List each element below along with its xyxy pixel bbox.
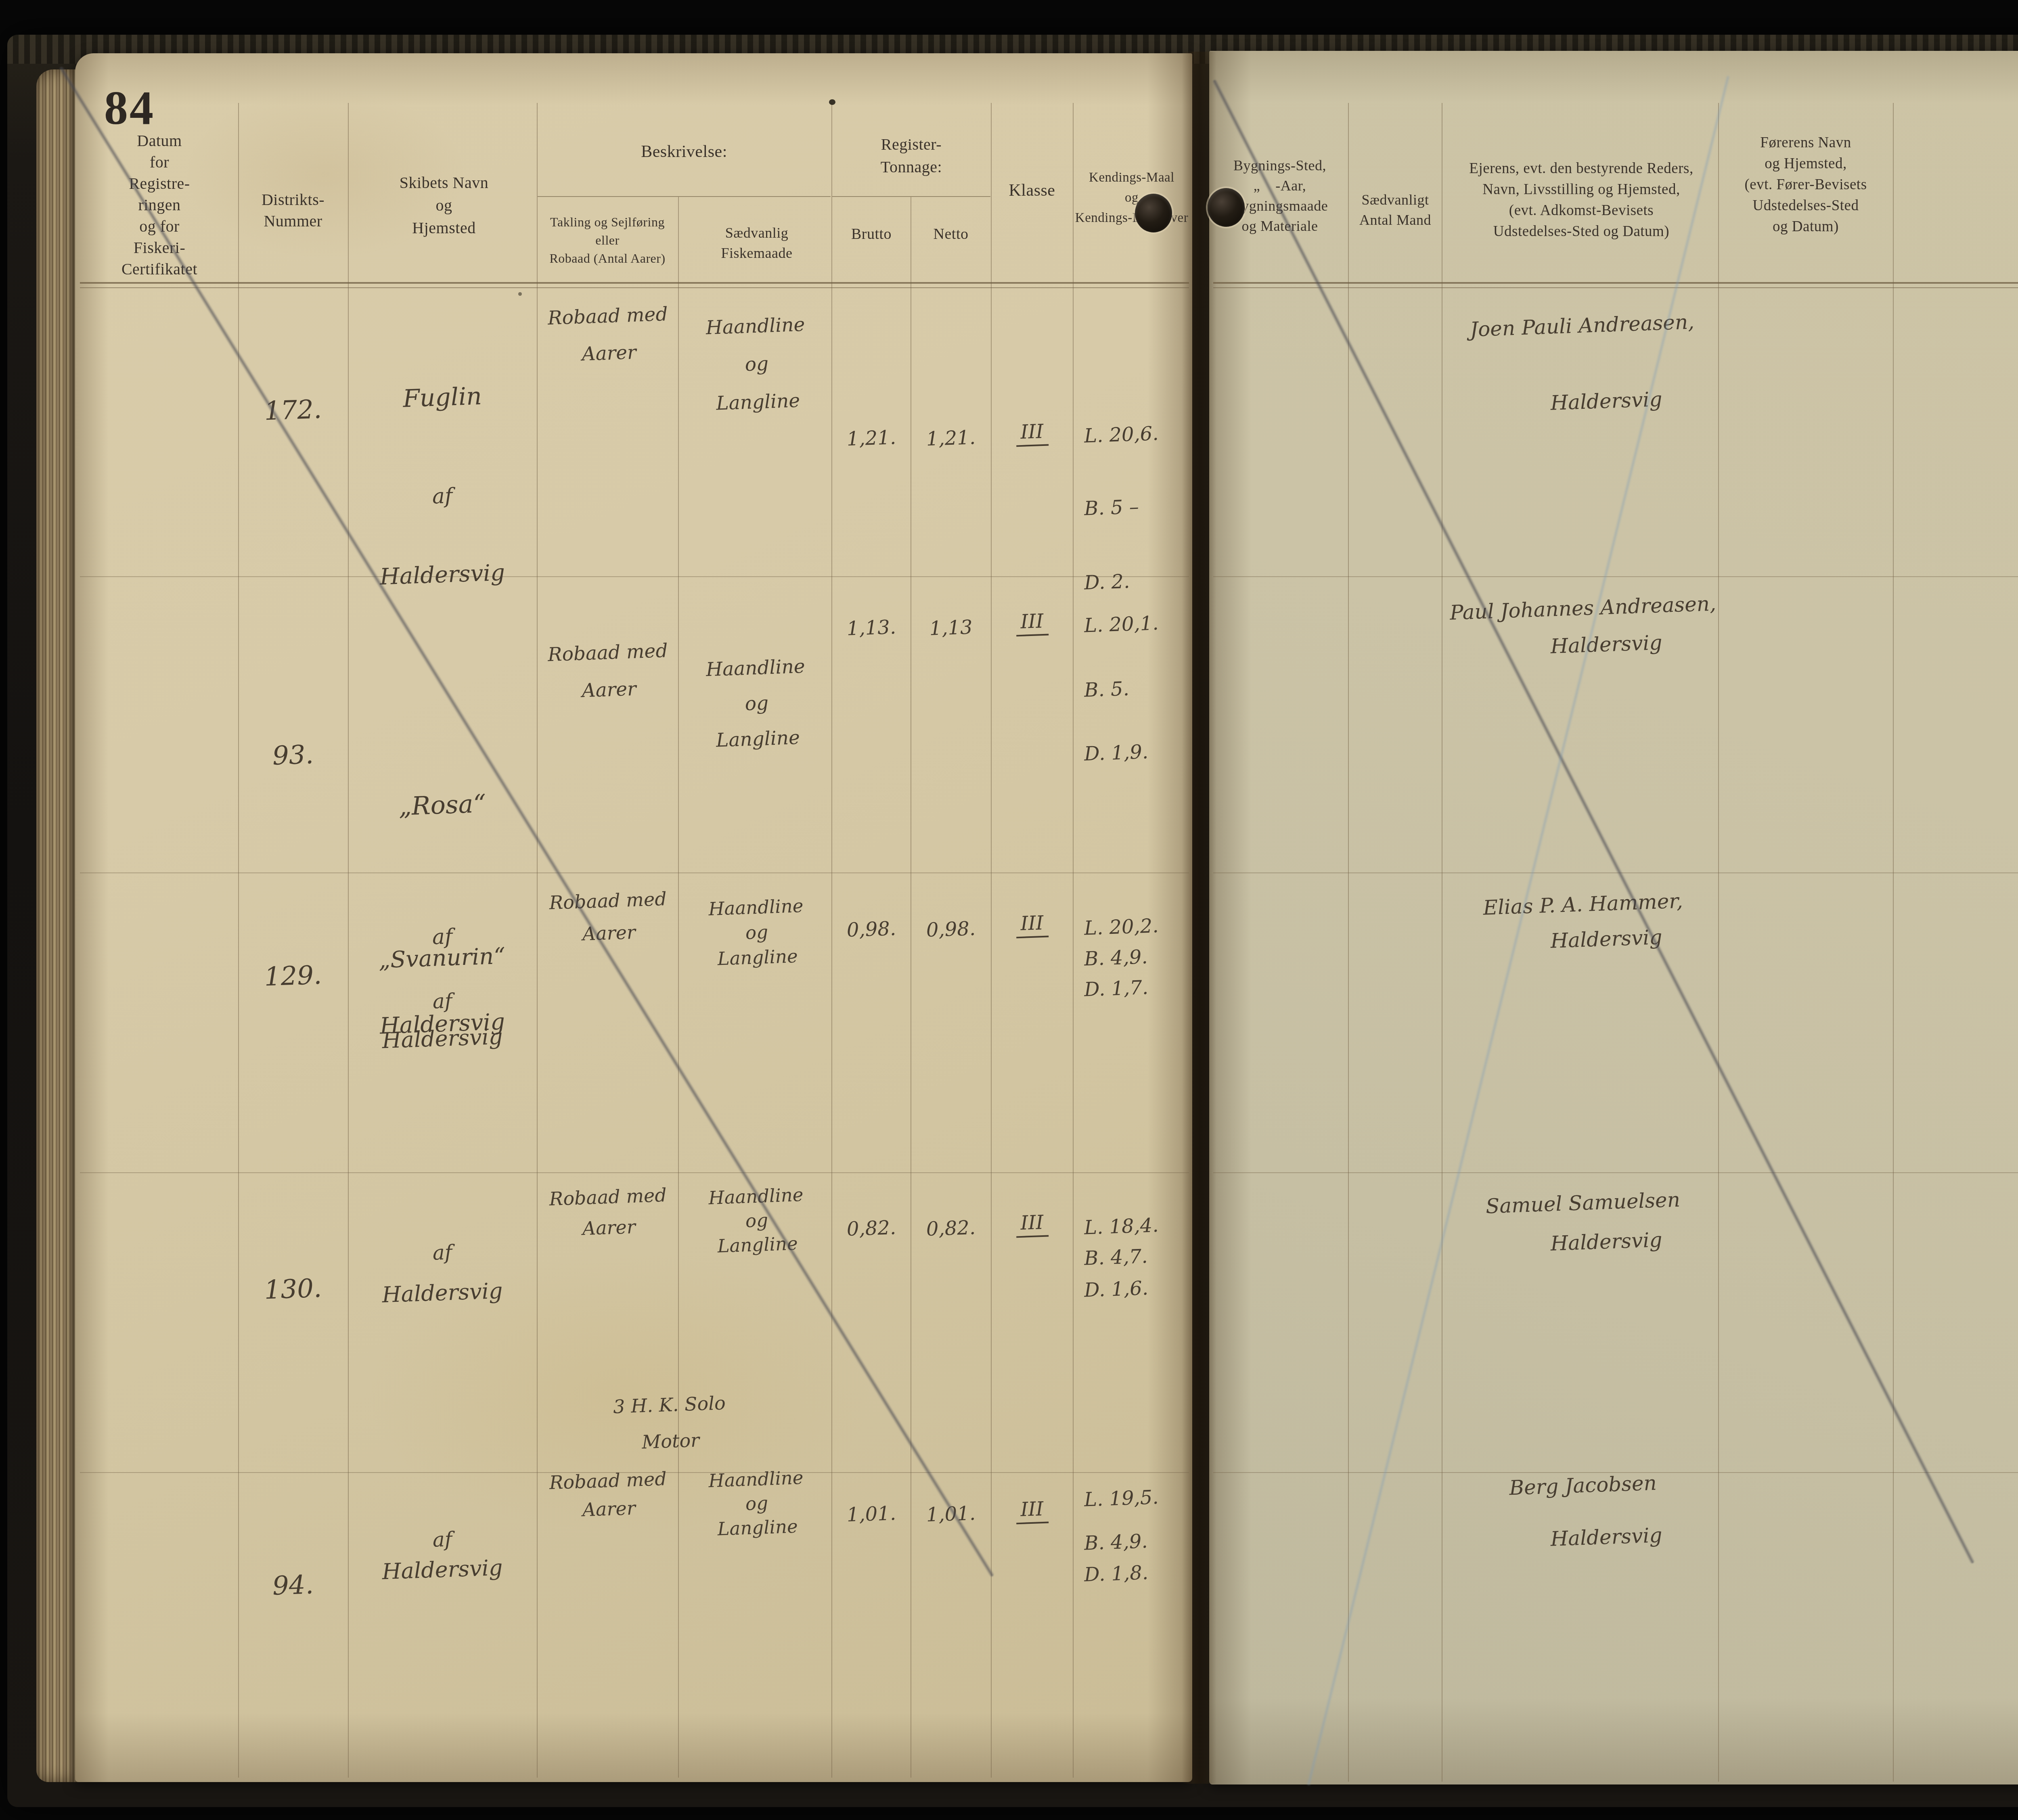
cell-takling: Robaad med Aarer: [538, 632, 679, 711]
ink-speck: [829, 99, 835, 105]
cell-brutto: 1,13.: [832, 615, 911, 641]
row-line: [1213, 872, 2018, 873]
column-line: [1073, 103, 1074, 1778]
cell-brutto: 1,21.: [832, 426, 911, 451]
cell-brutto: 0,82.: [832, 1216, 911, 1241]
klasse-value: III: [1015, 610, 1049, 637]
header-klasse: Klasse: [991, 181, 1073, 200]
cell-kending-b: B. 4,7.: [1084, 1243, 1189, 1270]
cell-takling: Robaad med Aarer: [538, 1464, 679, 1525]
cell-brutto: 0,98.: [832, 917, 911, 942]
cell-fiskemaade: Haandline og Langline: [680, 648, 833, 760]
cell-kending-d: D. 1,7.: [1084, 975, 1189, 1001]
header-subrule: [538, 196, 831, 197]
cell-distrikt: 129.: [239, 959, 347, 993]
punch-hole-left: [1135, 194, 1172, 232]
ink-speck: [518, 292, 522, 296]
cell-klasse: III: [991, 1496, 1073, 1522]
header-fiskemaade: Sædvanlig Fiskemaade: [683, 223, 831, 263]
cell-kending-d: D. 2.: [1084, 568, 1189, 594]
punch-hole-right: [1208, 188, 1245, 227]
scanned-ledger-photo: 84 84 Datum for Registre- ringen og for …: [0, 0, 2018, 1820]
cell-distrikt: 93.: [239, 738, 347, 772]
cell-distrikt: 94.: [239, 1569, 347, 1602]
cell-kending-b: B. 4,9.: [1084, 944, 1189, 970]
cell-takling: Robaad med Aarer: [538, 882, 679, 952]
cell-brutto: 1,01.: [832, 1502, 911, 1527]
header-foerer: Førerens Navn og Hjemsted, (evt. Fører-B…: [1719, 132, 1892, 237]
header-brutto: Brutto: [832, 225, 911, 243]
klasse-value: III: [1015, 420, 1049, 447]
cell-netto: 0,82.: [911, 1216, 991, 1241]
header-bottom-rule: [1213, 287, 2018, 288]
cell-kending-d: D. 1,6.: [1084, 1275, 1189, 1301]
page-number-left: 84: [104, 81, 155, 136]
header-subrule: [832, 196, 990, 197]
column-line: [1348, 103, 1349, 1782]
cell-takling: Robaad med Aarer: [538, 295, 679, 374]
row-line: [80, 872, 1189, 873]
header-ejer: Ejerens, evt. den bestyrende Reders, Nav…: [1446, 158, 1717, 242]
klasse-value: III: [1015, 912, 1049, 939]
cell-takling: Robaad med Aarer: [538, 1179, 679, 1245]
column-line: [1893, 103, 1894, 1782]
header-takling: Takling og Sejlføring eller Robaad (Anta…: [534, 213, 681, 268]
cell-kending-l: L. 20,2.: [1084, 913, 1189, 939]
header-distrikt: Distrikts- Nummer: [239, 189, 347, 232]
cell-klasse: III: [991, 419, 1073, 444]
header-bottom-rule: [1213, 282, 2018, 284]
klasse-value: III: [1015, 1498, 1049, 1525]
cell-klasse: III: [991, 1210, 1073, 1235]
klasse-value: III: [1015, 1211, 1049, 1238]
row-line: [1213, 576, 2018, 577]
header-datum: Datum for Registre- ringen og for Fisker…: [87, 130, 232, 280]
cell-klasse: III: [991, 910, 1073, 936]
cell-fiskemaade: Haandline og Langline: [681, 1465, 833, 1543]
cell-kending-d: D. 1,9.: [1084, 739, 1189, 765]
header-beskrivelse: Beskrivelse:: [538, 142, 831, 161]
cell-kending-l: L. 20,6.: [1084, 421, 1189, 447]
cell-kending-d: D. 1,8.: [1084, 1560, 1189, 1586]
column-line: [678, 197, 679, 1778]
cell-netto: 1,13: [911, 615, 991, 641]
cell-netto: 0,98.: [911, 917, 991, 942]
cell-kending-l: L. 20,1.: [1084, 611, 1189, 637]
column-line: [991, 103, 992, 1778]
row-line: [1213, 1172, 2018, 1173]
row-line: [80, 1172, 1189, 1173]
cell-kending-b: B. 4,9.: [1084, 1528, 1189, 1554]
cell-motor-note: 3 H. K. Solo Motor: [564, 1383, 776, 1463]
cell-kending-b: B. 5 –: [1084, 494, 1189, 520]
header-anm: Anmærkninger: [1894, 193, 2018, 212]
cell-distrikt: 172.: [239, 393, 347, 427]
header-skib: Skibets Navn og Hjemsted: [352, 172, 536, 239]
cell-distrikt: 130.: [239, 1272, 347, 1306]
page-edge-stack-left: [36, 69, 78, 1782]
header-bottom-rule: [80, 287, 1189, 288]
cell-kending-b: B. 5.: [1084, 675, 1189, 701]
cell-fiskemaade: Haandline og Langline: [681, 893, 833, 973]
header-mand: Sædvanligt Antal Mand: [1349, 190, 1442, 230]
cell-netto: 1,21.: [911, 426, 991, 451]
header-bottom-rule: [80, 282, 1189, 284]
cell-kending-l: L. 18,4.: [1084, 1213, 1189, 1239]
cell-kending-l: L. 19,5.: [1084, 1485, 1189, 1511]
cell-klasse: III: [991, 609, 1073, 634]
cell-fiskemaade: Haandline og Langline: [680, 305, 833, 424]
header-tonnage: Register- Tonnage:: [832, 133, 990, 178]
header-netto: Netto: [911, 225, 990, 243]
column-line: [1442, 103, 1442, 1782]
header-kendings: Kendings-Maal og Kendings-Bogstaver: [1074, 167, 1190, 228]
row-line: [80, 576, 1189, 577]
